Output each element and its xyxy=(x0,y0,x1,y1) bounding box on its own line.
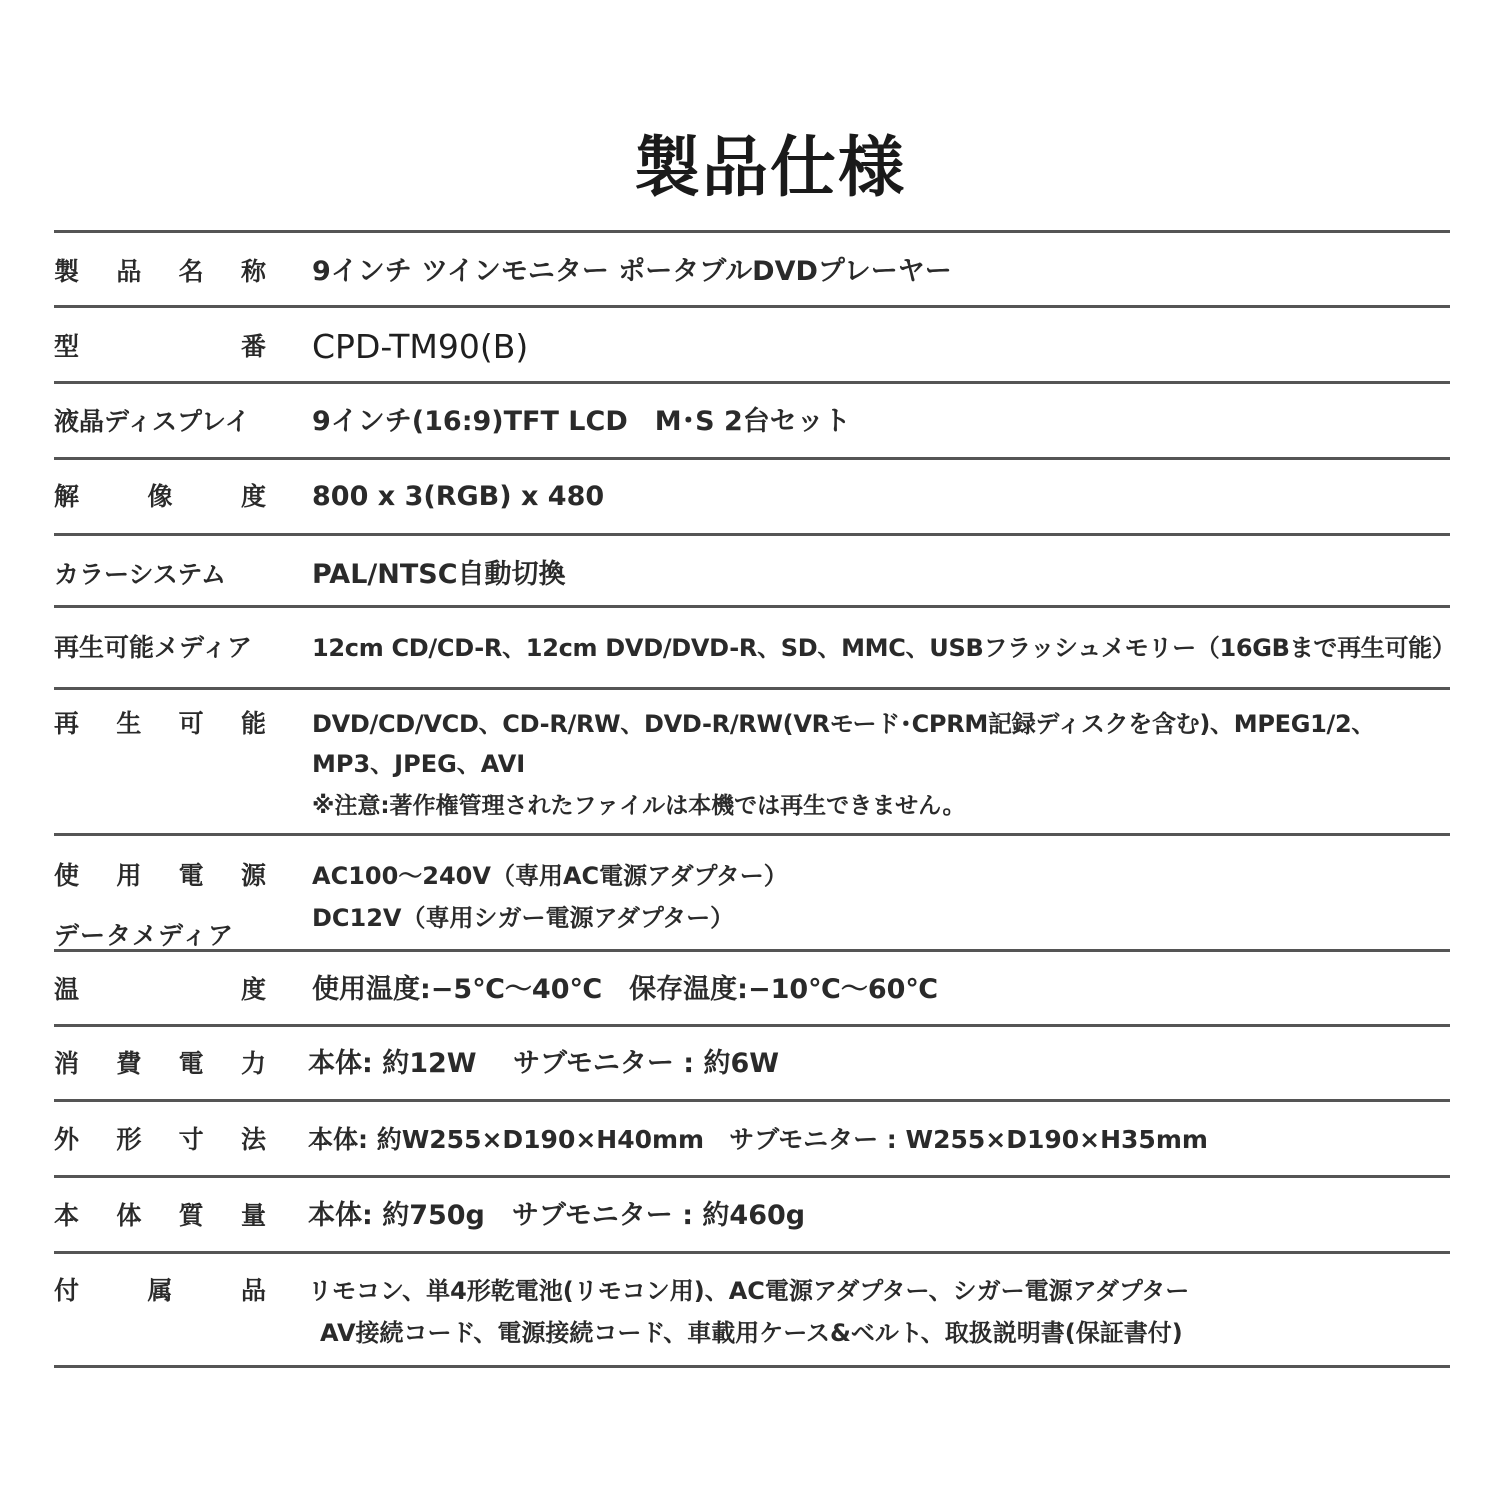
spec-value: 9インチ ツインモニター ポータブルDVDプレーヤー xyxy=(266,252,1450,292)
spec-row-resolution: 解 像 度 800 x 3(RGB) x 480 xyxy=(54,460,1450,533)
spec-value: 本体: 約750g サブモニター : 約460g xyxy=(266,1196,1450,1236)
spec-value-line: 800 x 3(RGB) x 480 xyxy=(312,477,1450,517)
spec-label: 温 度 xyxy=(54,970,266,1010)
spec-value-line: 使用温度:−5℃〜40℃ 保存温度:−10℃〜60℃ xyxy=(312,970,1450,1010)
spec-value-line: DC12V（専用シガー電源アダプター） xyxy=(312,896,1450,940)
spec-value: CPD-TM90(B) xyxy=(266,324,1450,370)
spec-value-line: 12cm CD/CD-R、12cm DVD/DVD-R、SD、MMC、USBフラ… xyxy=(312,628,1456,668)
label-char: 用 xyxy=(116,856,141,896)
label-char: 外 xyxy=(54,1120,79,1160)
label-char: 消 xyxy=(54,1044,79,1084)
label-char: 質 xyxy=(179,1196,204,1236)
label-char: 量 xyxy=(241,1196,266,1236)
spec-row-playable-media: 再生可能メディア 12cm CD/CD-R、12cm DVD/DVD-R、SD、… xyxy=(54,608,1450,687)
label-char: 度 xyxy=(241,477,266,517)
spec-value-line: 本体: 約12W サブモニター : 約6W xyxy=(308,1044,1450,1084)
label-char: 解 xyxy=(54,477,79,517)
label-char: 名 xyxy=(179,252,204,292)
spec-label: 本 体 質 量 xyxy=(54,1196,266,1236)
spec-value: 800 x 3(RGB) x 480 xyxy=(266,477,1450,517)
spec-value: 使用温度:−5℃〜40℃ 保存温度:−10℃〜60℃ xyxy=(266,970,1450,1010)
spec-row-dimensions: 外 形 寸 法 本体: 約W255×D190×H40mm サブモニター : W2… xyxy=(54,1102,1450,1175)
spec-value-line: 本体: 約W255×D190×H40mm サブモニター : W255×D190×… xyxy=(308,1120,1450,1160)
spec-label: 外 形 寸 法 xyxy=(54,1120,266,1160)
label-char: 温 xyxy=(54,970,79,1010)
label-char: 属 xyxy=(147,1271,172,1311)
label-char: 源 xyxy=(241,856,266,896)
label-char: 度 xyxy=(241,970,266,1010)
label-char: 付 xyxy=(54,1271,79,1311)
spec-value: 本体: 約12W サブモニター : 約6W xyxy=(266,1044,1450,1084)
spec-value: 12cm CD/CD-R、12cm DVD/DVD-R、SD、MMC、USBフラ… xyxy=(266,628,1456,668)
spec-value-line: AV接続コード、電源接続コード、車載用ケース&ベルト、取扱説明書(保証書付) xyxy=(308,1311,1450,1355)
label-char: 体 xyxy=(116,1196,141,1236)
spec-value-line: CPD-TM90(B) xyxy=(312,324,1450,370)
spec-value-line: DVD/CD/VCD、CD-R/RW、DVD-R/RW(VRモード･CPRM記録… xyxy=(312,704,1450,744)
spec-row-temperature: 温 度 使用温度:−5℃〜40℃ 保存温度:−10℃〜60℃ xyxy=(54,952,1450,1024)
label-char: 称 xyxy=(241,252,266,292)
spec-value-line: 9インチ(16:9)TFT LCD M･S 2台セット xyxy=(312,402,1450,442)
label-char: 使 xyxy=(54,856,79,896)
label-char: 寸 xyxy=(179,1120,204,1160)
spec-value-line: 9インチ ツインモニター ポータブルDVDプレーヤー xyxy=(312,252,1450,292)
label-char: 費 xyxy=(116,1044,141,1084)
spec-value: 9インチ(16:9)TFT LCD M･S 2台セット xyxy=(266,402,1450,442)
spec-row-product-name: 製 品 名 称 9インチ ツインモニター ポータブルDVDプレーヤー xyxy=(54,233,1450,305)
spec-label: 型 番 xyxy=(54,324,266,370)
label-char: 製 xyxy=(54,252,79,292)
label-char: 品 xyxy=(241,1271,266,1311)
spec-row-color-system: カラーシステム PAL/NTSC自動切換 xyxy=(54,536,1450,605)
spec-label: 使 用 電 源 xyxy=(54,856,266,896)
spec-table: 製 品 名 称 9インチ ツインモニター ポータブルDVDプレーヤー 型 番 C… xyxy=(54,230,1450,1368)
spec-row-model-number: 型 番 CPD-TM90(B) xyxy=(54,308,1450,381)
spec-value: AC100〜240V（専用AC電源アダプター） DC12V（専用シガー電源アダプ… xyxy=(266,856,1450,940)
spec-row-accessories: 付 属 品 リモコン、単4形乾電池(リモコン用)、AC電源アダプター、シガー電源… xyxy=(54,1254,1450,1365)
label-char: 番 xyxy=(241,324,266,370)
spec-value-line: 本体: 約750g サブモニター : 約460g xyxy=(308,1196,1450,1236)
spec-label: 解 像 度 xyxy=(54,477,266,517)
label-char: 型 xyxy=(54,324,79,370)
spec-row-power-source: 使 用 電 源 AC100〜240V（専用AC電源アダプター） DC12V（専用… xyxy=(54,836,1450,949)
label-char: 電 xyxy=(179,856,204,896)
spec-row-weight: 本 体 質 量 本体: 約750g サブモニター : 約460g xyxy=(54,1178,1450,1251)
divider xyxy=(54,1365,1450,1368)
spec-value-note: ※注意:著作権管理されたファイルは本機では再生できません。 xyxy=(312,784,1450,828)
page-title: 製品仕様 xyxy=(0,128,1500,208)
label-char: 電 xyxy=(179,1044,204,1084)
spec-value-line: PAL/NTSC自動切換 xyxy=(312,555,1450,595)
spec-value: DVD/CD/VCD、CD-R/RW、DVD-R/RW(VRモード･CPRM記録… xyxy=(266,704,1450,828)
spec-value: リモコン、単4形乾電池(リモコン用)、AC電源アダプター、シガー電源アダプター … xyxy=(266,1271,1450,1355)
label-char: 力 xyxy=(241,1044,266,1084)
spec-label: 再生可能メディア xyxy=(54,628,266,668)
spec-label: 製 品 名 称 xyxy=(54,252,266,292)
spec-value: PAL/NTSC自動切換 xyxy=(266,555,1450,595)
spec-value-line: MP3、JPEG、AVI xyxy=(312,744,1450,784)
spec-value: 本体: 約W255×D190×H40mm サブモニター : W255×D190×… xyxy=(266,1120,1450,1160)
spec-value-line: リモコン、単4形乾電池(リモコン用)、AC電源アダプター、シガー電源アダプター xyxy=(308,1271,1450,1311)
spec-label: 液晶ディスプレイ xyxy=(54,402,266,442)
label-char: 法 xyxy=(241,1120,266,1160)
spec-row-playable-data-media: 再 生 可 能 データメディア DVD/CD/VCD、CD-R/RW、DVD-R… xyxy=(54,690,1450,833)
spec-row-lcd-display: 液晶ディスプレイ 9インチ(16:9)TFT LCD M･S 2台セット xyxy=(54,384,1450,457)
label-char: 形 xyxy=(116,1120,141,1160)
spec-row-power-consumption: 消 費 電 力 本体: 約12W サブモニター : 約6W xyxy=(54,1027,1450,1099)
label-char: 品 xyxy=(116,252,141,292)
spec-label: カラーシステム xyxy=(54,555,266,595)
spec-value-line: AC100〜240V（専用AC電源アダプター） xyxy=(312,856,1450,896)
spec-label: 付 属 品 xyxy=(54,1271,266,1311)
label-char: 本 xyxy=(54,1196,79,1236)
spec-label: 消 費 電 力 xyxy=(54,1044,266,1084)
label-char: 像 xyxy=(147,477,172,517)
